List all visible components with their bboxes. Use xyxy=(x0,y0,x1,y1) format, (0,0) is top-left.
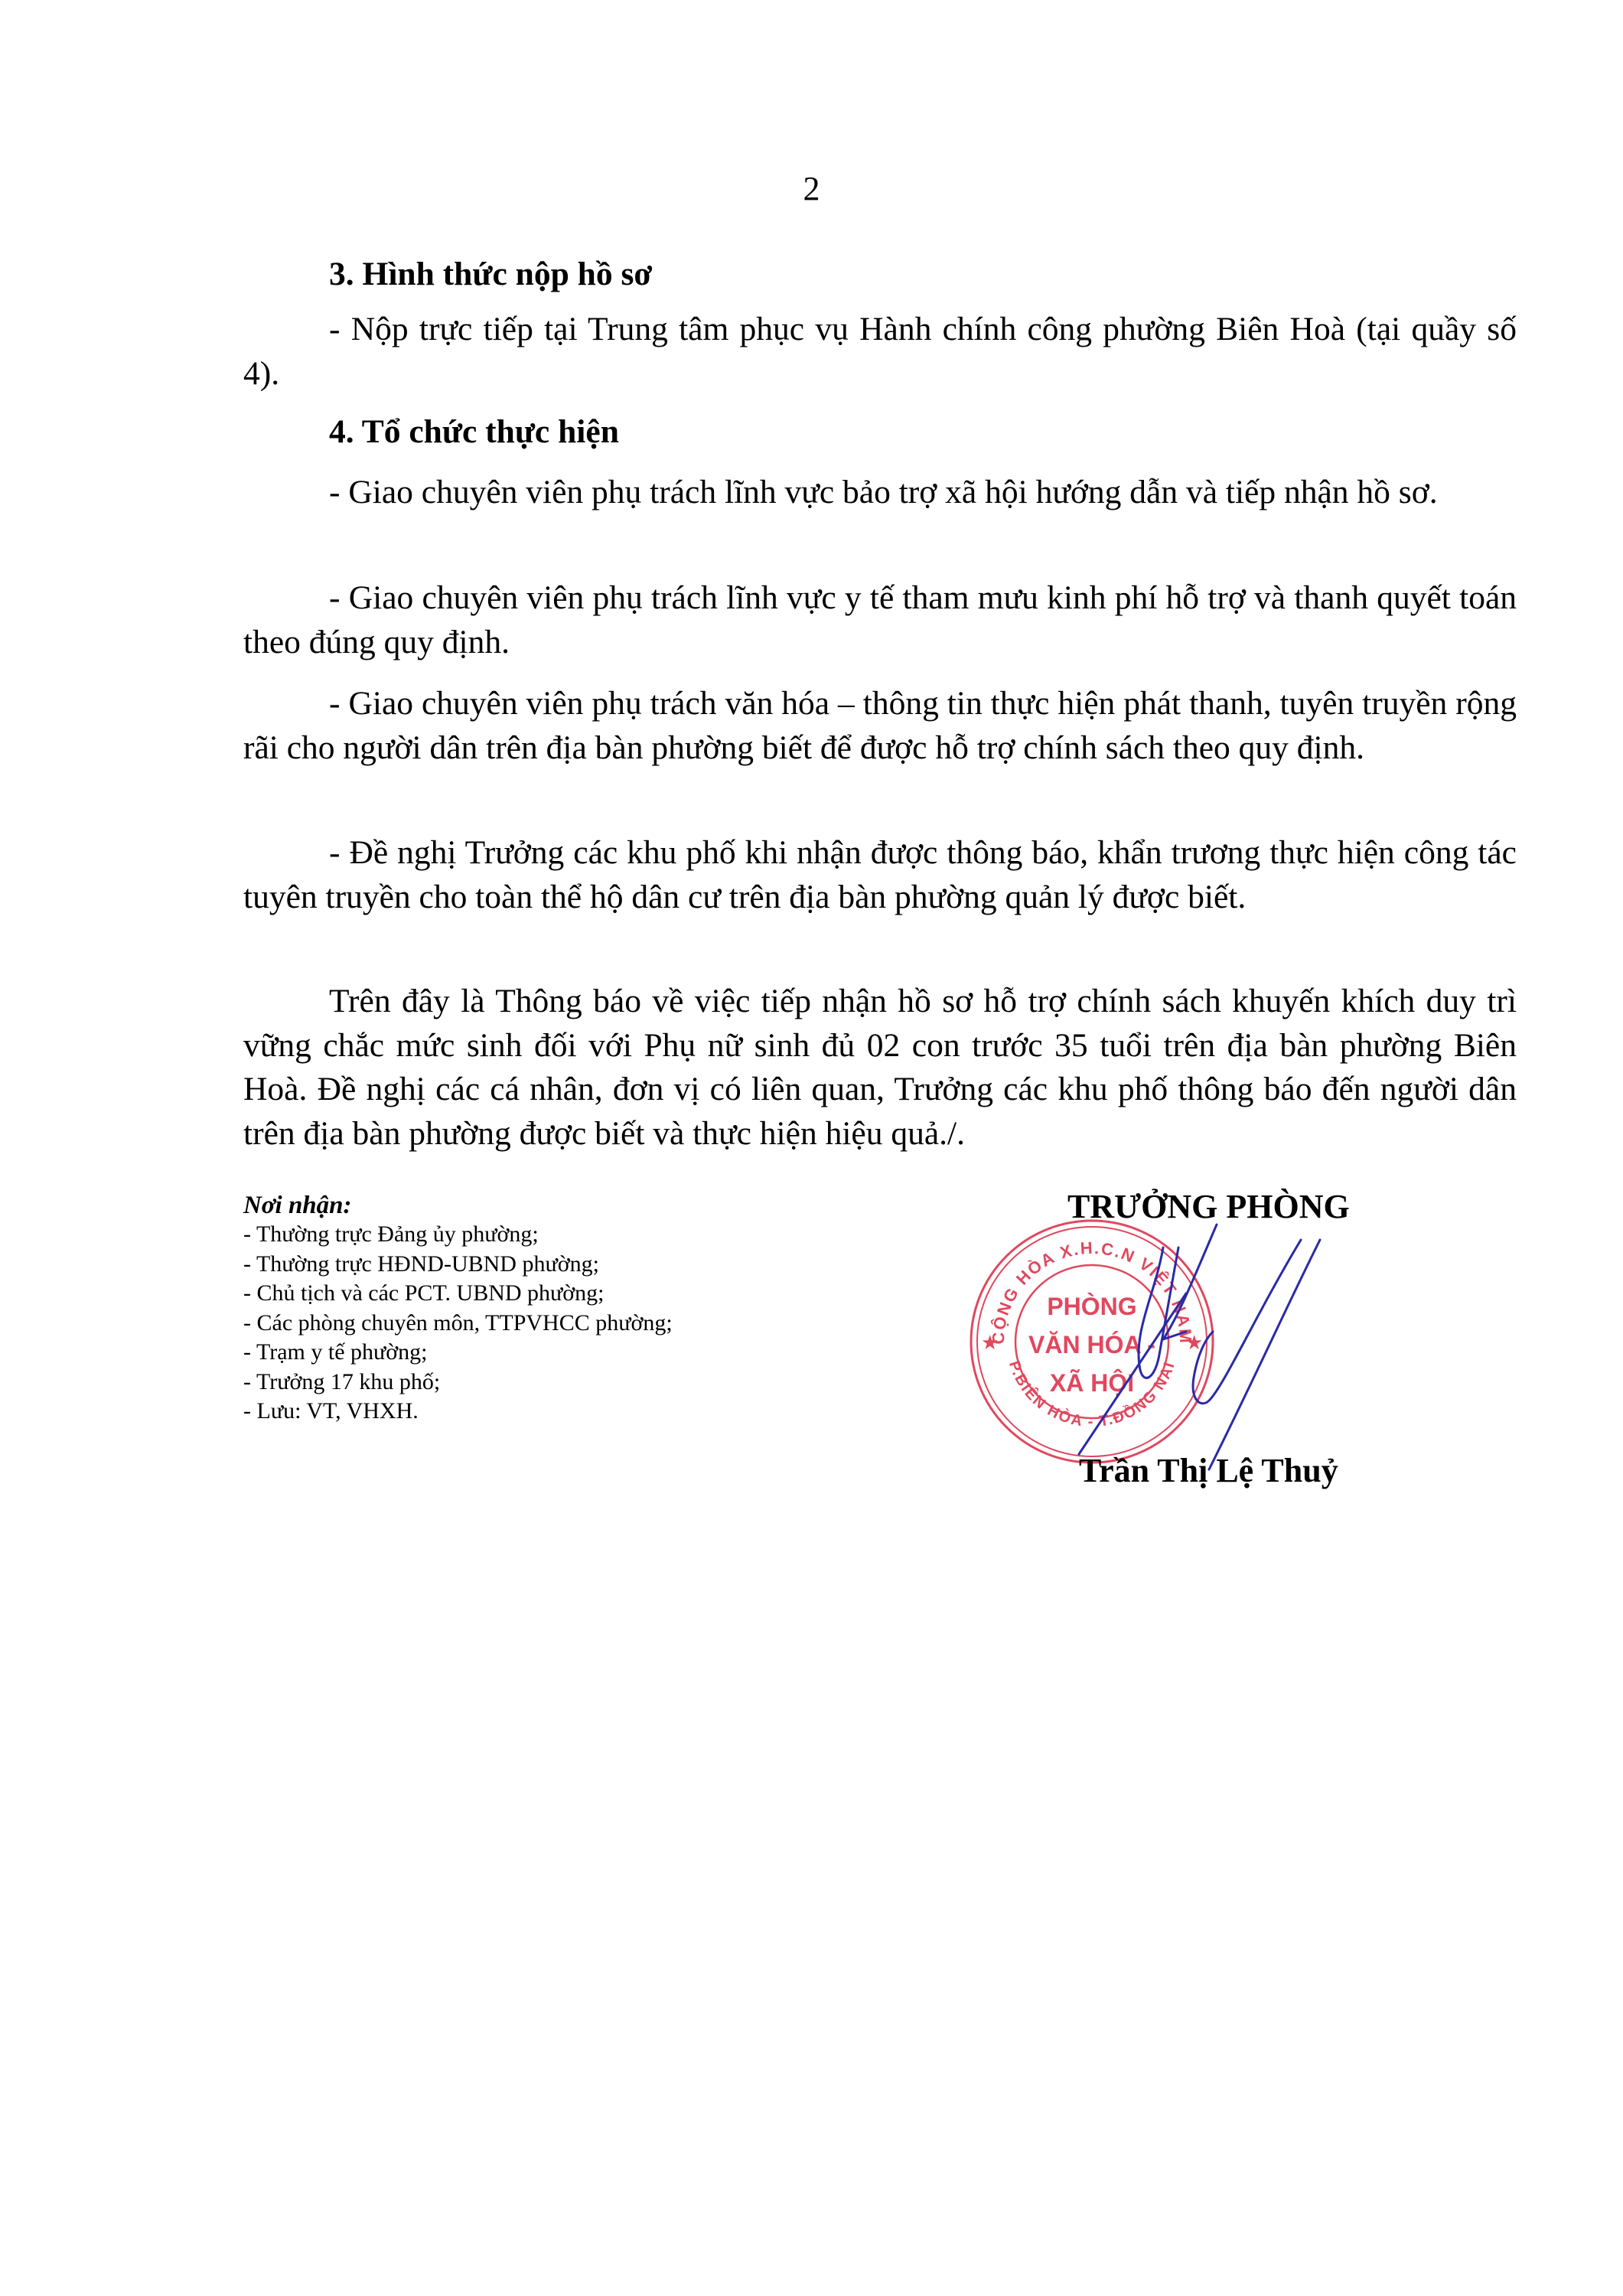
recipient-item: - Thường trực Đảng ủy phường; xyxy=(243,1220,673,1250)
section-4-paragraph-2: - Giao chuyên viên phụ trách lĩnh vực y … xyxy=(243,576,1517,664)
recipient-item: - Trạm y tế phường; xyxy=(243,1338,673,1368)
recipients-title: Nơi nhận: xyxy=(243,1191,673,1220)
signer-name: Trần Thị Lệ Thuỷ xyxy=(1079,1450,1338,1492)
recipient-item: - Trưởng 17 khu phố; xyxy=(243,1368,673,1397)
star-icon: ★ xyxy=(981,1331,999,1354)
handwritten-signature xyxy=(1056,1217,1362,1477)
recipient-item: - Chủ tịch và các PCT. UBND phường; xyxy=(243,1279,673,1309)
section-3-paragraph-1: - Nộp trực tiếp tại Trung tâm phục vụ Hà… xyxy=(243,308,1517,396)
closing-paragraph: Trên đây là Thông báo về việc tiếp nhận … xyxy=(243,980,1517,1156)
section-4-paragraph-4: - Đề nghị Trưởng các khu phố khi nhận đư… xyxy=(243,831,1517,919)
section-3-heading: 3. Hình thức nộp hồ sơ xyxy=(329,253,653,296)
signer-title: TRƯỞNG PHÒNG xyxy=(1067,1186,1350,1228)
recipient-item: - Lưu: VT, VHXH. xyxy=(243,1397,673,1427)
page-number: 2 xyxy=(0,170,1623,208)
recipient-item: - Các phòng chuyên môn, TTPVHCC phường; xyxy=(243,1309,673,1339)
section-4-heading: 4. Tổ chức thực hiện xyxy=(329,410,619,454)
section-4-paragraph-3: - Giao chuyên viên phụ trách văn hóa – t… xyxy=(243,682,1517,770)
section-4-paragraph-1: - Giao chuyên viên phụ trách lĩnh vực bả… xyxy=(243,471,1517,515)
recipient-item: - Thường trực HĐND-UBND phường; xyxy=(243,1250,673,1280)
recipients-block: Nơi nhận: - Thường trực Đảng ủy phường; … xyxy=(243,1191,673,1427)
